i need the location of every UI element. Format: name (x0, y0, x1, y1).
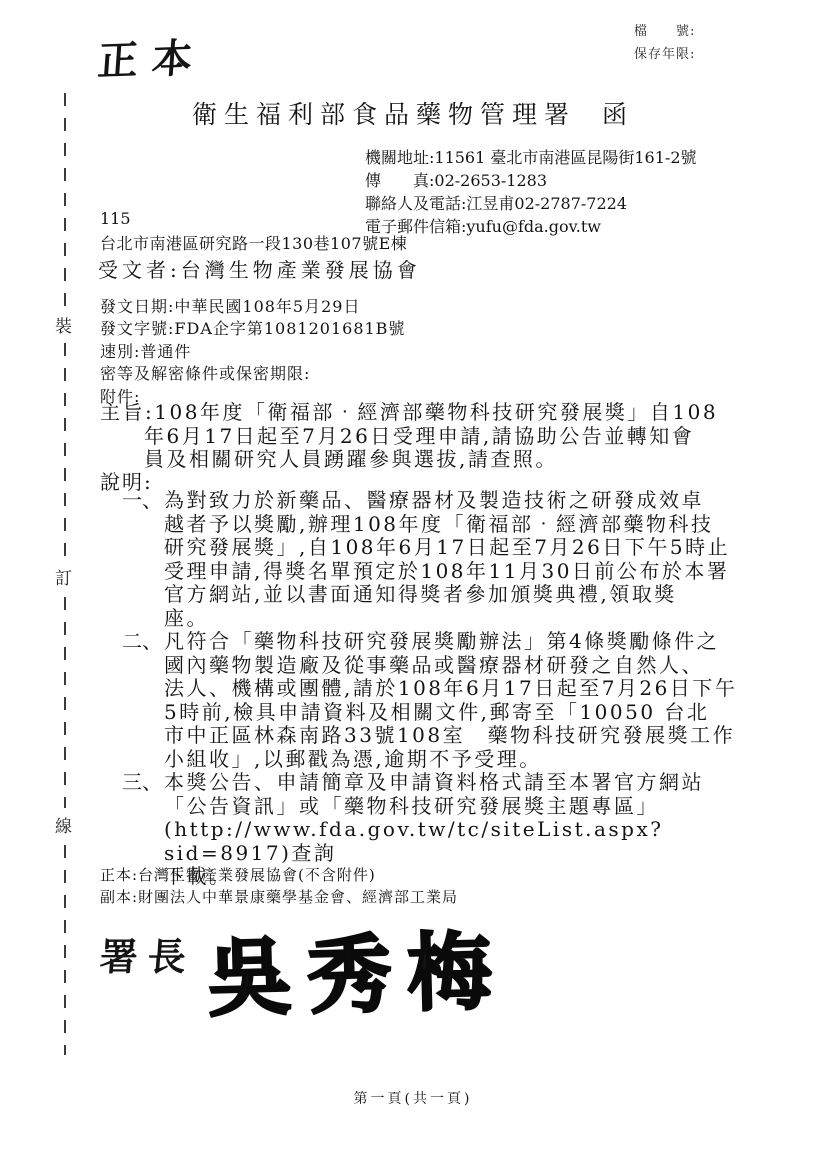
item-bullet: 二、 (122, 630, 164, 771)
recipient-street-address: 台北市南港區研究路一段130巷107號E棟 (100, 231, 407, 254)
signer-title: 署長 (98, 926, 198, 981)
subject-label: 主旨: (100, 401, 154, 425)
explanation-item-1: 一、 為對致力於新藥品、醫療器材及製造技術之研發成效卓 越者予以獎勵,辦理108… (122, 489, 742, 630)
item-text-line: 越者予以獎勵,辦理108年度「衛福部‧經濟部藥物科技 (164, 513, 742, 537)
explanation-item-2: 二、 凡符合「藥物科技研究發展獎勵辦法」第4條獎勵條件之 國內藥物製造廠及從事藥… (122, 630, 742, 771)
file-number-label: 檔 號: (634, 20, 695, 43)
page-number-footer: 第一頁(共一頁) (0, 1088, 826, 1108)
binding-mark-zhuang: 裝 (55, 312, 72, 337)
item-text-line: 座。 (164, 607, 742, 631)
copy-type-stamp: 正本 (96, 26, 208, 87)
item-text-line: 研究發展獎」,自108年6月17日起至7月26日下午5時止 (164, 536, 742, 560)
binding-dash-line (64, 597, 66, 808)
binding-mark-xian: 線 (55, 812, 72, 837)
subject-block: 主旨: 108年度「衛福部‧經濟部藥物科技研究發展獎」自108 年6月17日起至… (100, 401, 718, 472)
distribution-copy: 副本:財團法人中華景康藥學基金會、經濟部工業局 (100, 886, 458, 908)
subject-line: 108年度「衛福部‧經濟部藥物科技研究發展獎」自108 (154, 401, 718, 425)
explanation-items: 一、 為對致力於新藥品、醫療器材及製造技術之研發成效卓 越者予以獎勵,辦理108… (122, 489, 742, 889)
agency-fax: 傳 真:02-2653-1283 (365, 169, 697, 192)
signature-block: 署長 吳秀梅 (100, 912, 509, 1033)
document-meta-block: 發文日期:中華民國108年5月29日 發文字號:FDA企字第1081201681… (100, 296, 405, 408)
item-text-line: 官方網站,並以書面通知得獎者參加頒獎典禮,領取獎 (164, 583, 742, 607)
document-page: 裝 訂 線 正本 檔 號: 保存年限: 衛生福利部食品藥物管理署函 機關地址:1… (0, 0, 826, 1168)
recipient-postal-code: 115 (100, 209, 131, 228)
binding-dash-line (64, 343, 66, 557)
issuing-agency-name: 衛生福利部食品藥物管理署 (192, 100, 576, 129)
subject-line: 員及相關研究人員踴躍參與選拔,請查照。 (144, 448, 718, 472)
document-title: 衛生福利部食品藥物管理署函 (0, 95, 826, 131)
item-text-line: 法人、機構或團體,請於108年6月17日起至7月26日下午 (164, 677, 742, 701)
signer-name-calligraphy: 吳秀梅 (206, 904, 509, 1033)
item-text-line: 國內藥物製造廠及從事藥品或醫療器材研發之自然人、 (164, 654, 742, 678)
binding-dash-line (64, 845, 66, 1055)
item-bullet: 一、 (122, 489, 164, 630)
item-text-line: 為對致力於新藥品、醫療器材及製造技術之研發成效卓 (164, 489, 742, 513)
distribution-block: 正本:台灣生物產業發展協會(不含附件) 副本:財團法人中華景康藥學基金會、經濟部… (100, 864, 458, 908)
subject-line: 年6月17日起至7月26日受理申請,請協助公告並轉知會 (144, 425, 718, 449)
retention-period-label: 保存年限: (634, 43, 695, 66)
item-text-line: 「公告資訊」或「藥物科技研究發展獎主題專區」 (164, 795, 742, 819)
agency-contact-block: 機關地址:11561 臺北市南港區昆陽街161-2號 傳 真:02-2653-1… (365, 146, 697, 238)
item-text-line: 凡符合「藥物科技研究發展獎勵辦法」第4條獎勵條件之 (164, 630, 742, 654)
item-text-line: (http://www.fda.gov.tw/tc/siteList.aspx?… (164, 818, 742, 865)
binding-mark-ding: 訂 (55, 564, 72, 589)
agency-email: 電子郵件信箱:yufu@fda.gov.tw (365, 215, 697, 238)
agency-contact-phone: 聯絡人及電話:江昱甫02-2787-7224 (365, 192, 697, 215)
item-text-line: 市中正區林森南路33號108室 藥物科技研究發展獎工作 (164, 724, 742, 748)
priority-line: 速別:普通件 (100, 341, 405, 363)
document-type: 函 (602, 100, 634, 129)
item-text-line: 本獎公告、申請簡章及申請資料格式請至本署官方網站 (164, 771, 742, 795)
agency-address: 機關地址:11561 臺北市南港區昆陽街161-2號 (365, 146, 697, 169)
item-text-line: 受理申請,得獎名單預定於108年11月30日前公布於本署 (164, 560, 742, 584)
recipient-line: 受文者:台灣生物產業發展協會 (98, 254, 421, 283)
reference-number-line: 發文字號:FDA企字第1081201681B號 (100, 318, 405, 340)
classification-line: 密等及解密條件或保密期限: (100, 363, 405, 385)
distribution-original: 正本:台灣生物產業發展協會(不含附件) (100, 864, 458, 886)
file-header: 檔 號: 保存年限: (634, 20, 695, 66)
issue-date-line: 發文日期:中華民國108年5月29日 (100, 296, 405, 318)
item-text-line: 5時前,檢具申請資料及相關文件,郵寄至「10050 台北 (164, 701, 742, 725)
item-text-line: 小組收」,以郵戳為憑,逾期不予受理。 (164, 748, 742, 772)
